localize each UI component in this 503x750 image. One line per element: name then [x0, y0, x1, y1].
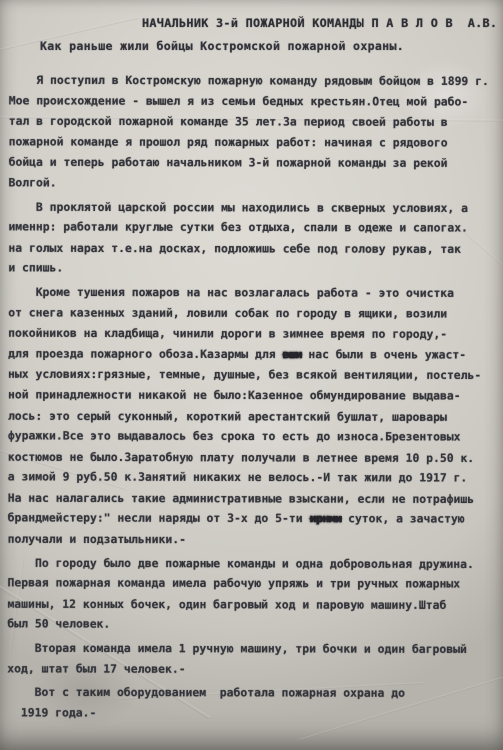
text-line: На нас налагались такие административные… [8, 488, 500, 510]
document-body: Я поступил в Костромскую пожарную команд… [7, 69, 501, 727]
overstruck-word: ирнми [309, 512, 341, 526]
text-line: В проклятой царской россии мы находились… [8, 196, 500, 218]
text-line: По городу было две пожарные команды и од… [8, 552, 500, 574]
paragraph: Я поступил в Костромскую пожарную команд… [9, 69, 501, 194]
text-line: на голых нарах т.е.на досках, подложишь … [8, 238, 500, 260]
text-line: пожарной команде я прошол ряд пожарных р… [9, 131, 501, 153]
text-line: ной принадлежности никакой не было:Казен… [8, 384, 500, 406]
text-line: от снега казенных зданий, ловили собак п… [8, 302, 500, 324]
text-line: именнр: работали круглые сутки без отдых… [8, 217, 500, 239]
paragraph: В проклятой царской россии мы находились… [8, 196, 500, 280]
text-line: для проезда пожарного обоза.Казармы для … [8, 343, 500, 365]
text-segment: нас были в очень ужаст- [301, 347, 466, 361]
text-line: Вторая команда имела 1 ручную машину, тр… [7, 638, 499, 660]
text-line: Волгой. [9, 172, 501, 194]
text-line: Вот с таким оборудованием работала пожар… [7, 682, 499, 704]
document-title: НАЧАЛЬНИК 3-й ПОЖАРНОЙ КОМАНДЫ П А В Л О… [142, 16, 497, 30]
text-segment: для проезда пожарного обоза.Казармы для [8, 346, 282, 361]
text-segment: суток, а зачастую [341, 512, 464, 526]
text-line: был 50 человек. [7, 614, 499, 636]
paragraph: Вторая команда имела 1 ручную машину, тр… [7, 637, 499, 679]
text-line: ных условиях:грязные, темные, душные, бе… [8, 364, 500, 386]
text-line: Мое происхождение - вышел я из семьи бед… [9, 90, 501, 112]
text-line: Первая пожарная команда имела рабочую уп… [7, 573, 499, 595]
text-line: брандмейстеру:" несли наряды от 3-х до 5… [8, 508, 500, 530]
text-line: костюмов не было.Заратобную плату получа… [8, 446, 500, 468]
overstruck-word: вши [282, 347, 301, 361]
text-line: ход, штат был 17 человек.- [7, 658, 499, 680]
text-line: 1919 года.- [7, 702, 499, 724]
paragraph: Кроме тушения пожаров на нас возлагалась… [8, 281, 501, 550]
text-line: получали и подзатыльники.- [8, 529, 500, 551]
text-line: бойца и теперь работаю начальником 3-й п… [9, 152, 501, 174]
text-line: а зимой 9 руб.50 к.Занятий никаких не ве… [8, 467, 500, 489]
text-line: тал в городской пожарной команде 35 лет.… [9, 111, 501, 133]
text-line: Кроме тушения пожаров на нас возлагалась… [8, 282, 500, 304]
paper-page: НАЧАЛЬНИК 3-й ПОЖАРНОЙ КОМАНДЫ П А В Л О… [0, 0, 503, 750]
text-line: Я поступил в Костромскую пожарную команд… [9, 70, 501, 92]
text-line: и спишь. [8, 258, 500, 280]
paragraph: Вот с таким оборудованием работала пожар… [7, 682, 499, 724]
paragraph: По городу было две пожарные команды и од… [7, 552, 499, 636]
document-subtitle: Как раньше жили бойцы Костромской пожарн… [40, 39, 404, 53]
text-line: покойников на кладбища, чинили дороги в … [8, 323, 500, 345]
text-line: лось: это серый суконный, короткий арест… [8, 405, 500, 427]
text-line: машины, 12 конных бочек, один багровый х… [7, 594, 499, 616]
text-line: фуражки.Все это выдавалось без срока то … [8, 425, 500, 447]
text-segment: брандмейстеру:" несли наряды от 3-х до 5… [8, 511, 310, 526]
